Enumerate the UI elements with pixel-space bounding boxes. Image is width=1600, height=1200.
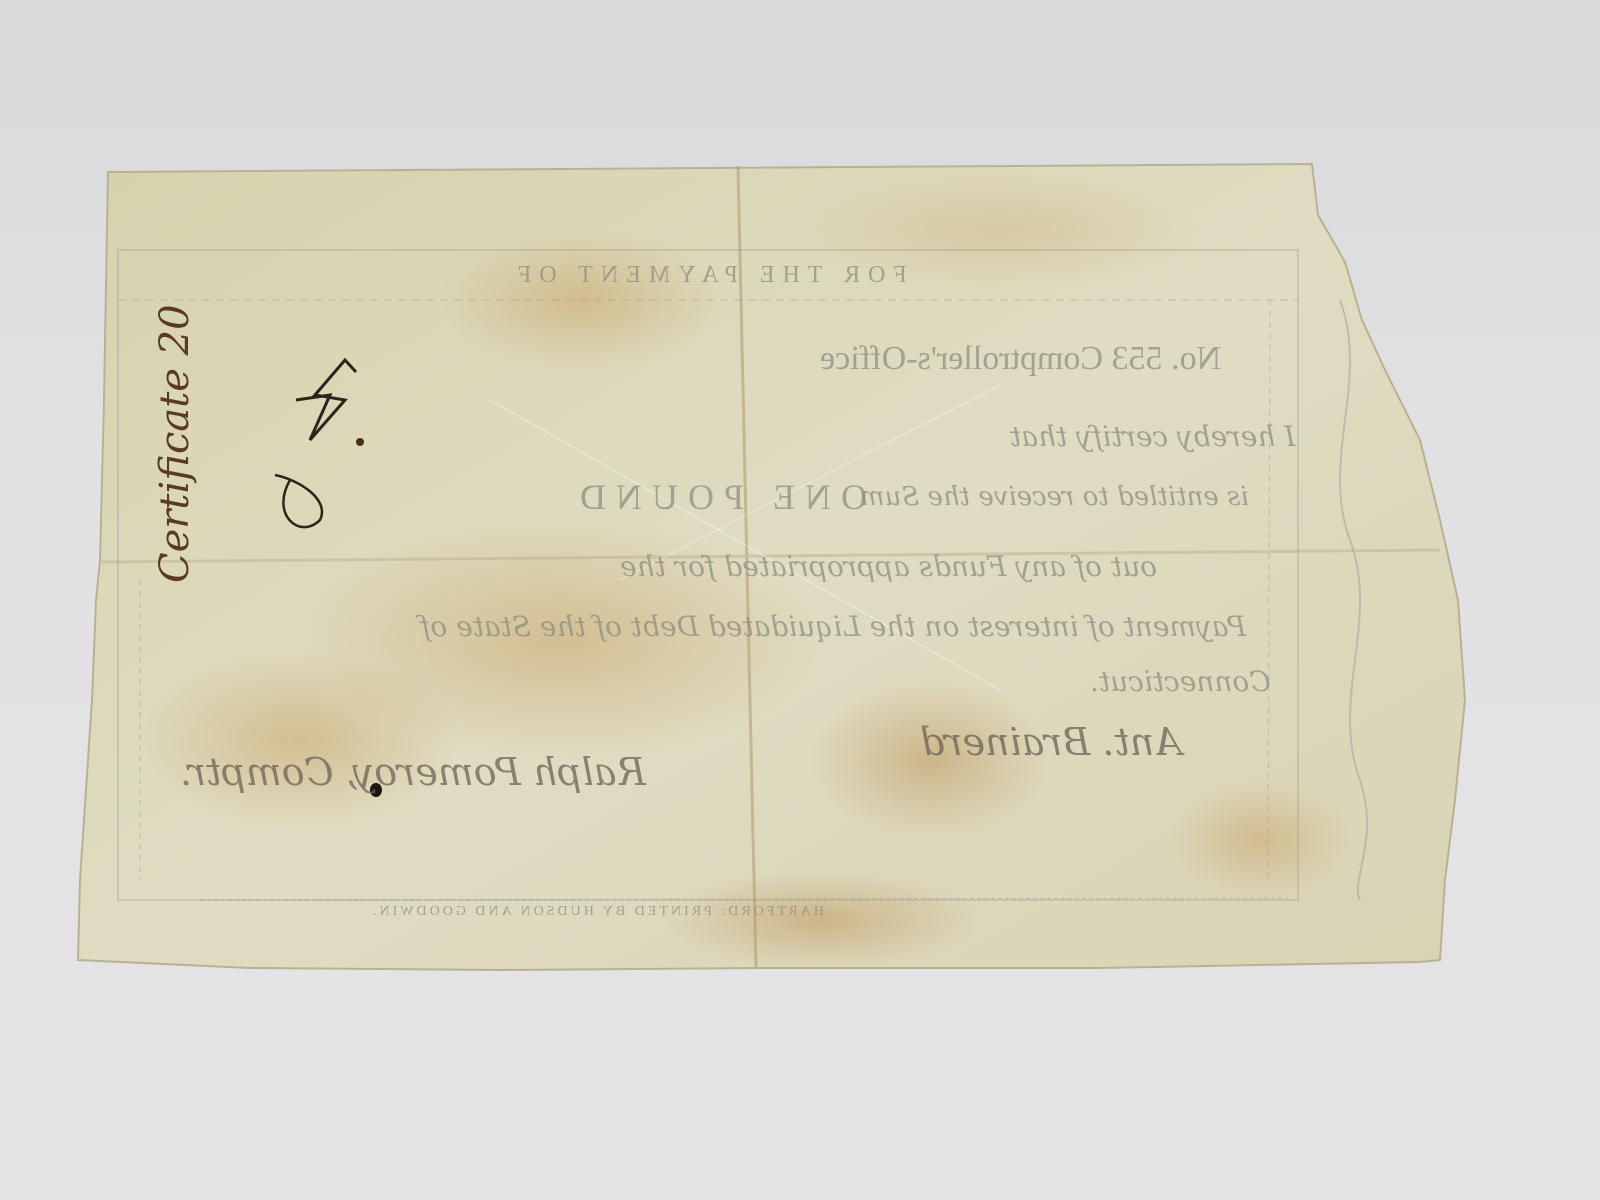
office-line-show-through: No. 553 Comptroller's-Office	[820, 340, 1221, 378]
signature-brainerd-show-through: Ant. Brainerd	[920, 720, 1182, 764]
body-line-1-show-through: out of any Funds appropriated for the	[620, 550, 1157, 583]
body-line-2-show-through: Payment of interest on the Liquidated De…	[420, 610, 1246, 643]
certificate-photo: Certificate 20 FOR THE PAYMENT OF No. 55…	[0, 0, 1600, 1200]
signature-pomeroy-show-through: Ralph Pomeroy, Comptr.	[180, 750, 646, 794]
amount-show-through: ONE POUND	[570, 476, 867, 518]
imprint-show-through: HARTFORD: PRINTED BY HUDSON AND GOODWIN.	[370, 904, 824, 920]
header-show-through: FOR THE PAYMENT OF	[510, 262, 907, 289]
paper-sheet	[0, 0, 1600, 1200]
body-line-3-show-through: Connecticut.	[1090, 665, 1271, 698]
handwritten-certificate-label: Certificate 20	[152, 223, 198, 583]
certify-line-show-through: I hereby certify that	[1010, 420, 1295, 453]
sum-line-show-through: is entitled to receive the Sum	[860, 482, 1249, 512]
